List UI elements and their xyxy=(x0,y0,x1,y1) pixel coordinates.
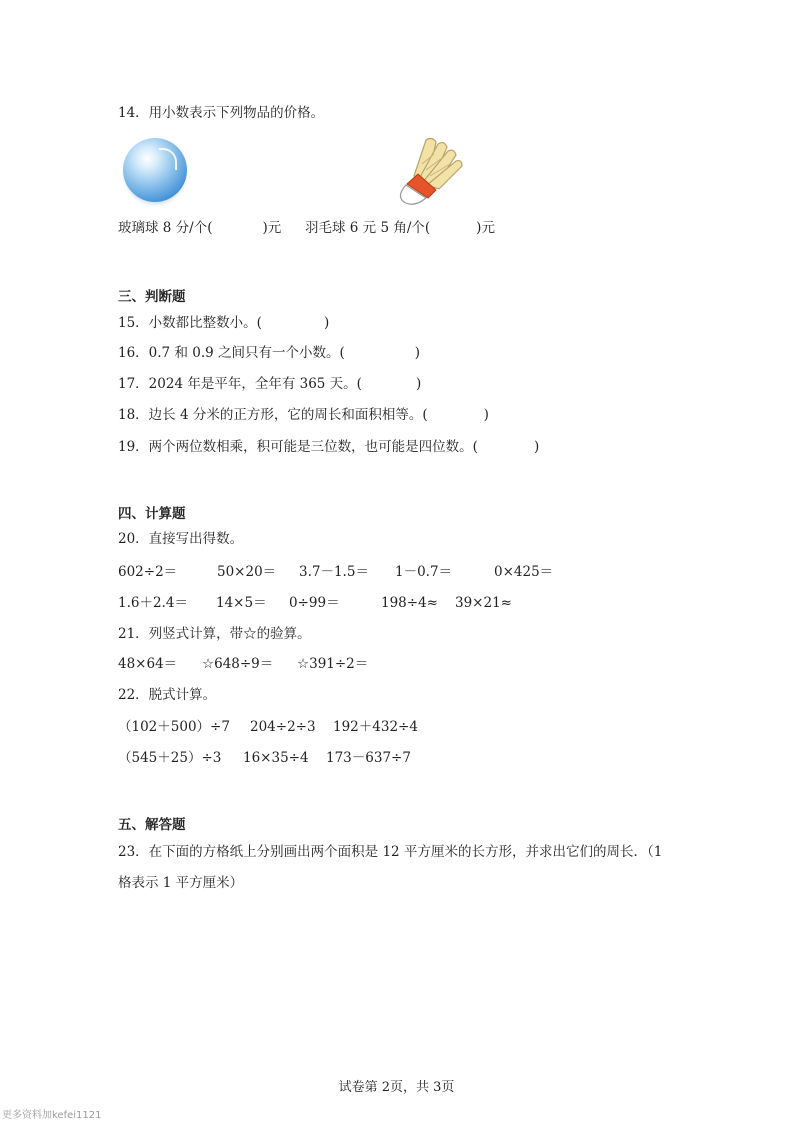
question-20-title: 20．直接写出得数。 xyxy=(118,530,243,548)
question-16: 16．0.7 和 0.9 之间只有一个小数。() xyxy=(118,344,420,362)
question-15-close: ) xyxy=(324,315,329,331)
question-18-close: ) xyxy=(484,407,489,423)
question-23-line1: 23．在下面的方格纸上分别画出两个面积是 12 平方厘米的长方形，并求出它们的周… xyxy=(118,843,662,861)
q20-item: 0×425＝ xyxy=(494,563,553,581)
question-17-close: ) xyxy=(416,376,421,392)
page-number-footer: 试卷第 2页，共 3页 xyxy=(0,1076,793,1095)
q22-item: 204÷2÷3 xyxy=(250,718,316,736)
q21-item: 48×64＝ xyxy=(118,655,177,673)
q22-item: 16×35÷4 xyxy=(243,749,309,767)
q22-item: （102＋500）÷7 xyxy=(118,718,230,736)
shuttlecock-price-label: 羽毛球 6 元 5 角/个( xyxy=(305,220,430,236)
question-22-title: 22．脱式计算。 xyxy=(118,686,216,704)
q20-item: 198÷4≈ xyxy=(381,594,438,612)
question-17-text: 17．2024 年是平年，全年有 365 天。( xyxy=(118,376,362,392)
section-5-heading: 五、解答题 xyxy=(118,816,186,834)
section-3-heading: 三、判断题 xyxy=(118,288,186,306)
watermark-text: 更多资料加kefei1121 xyxy=(2,1106,102,1121)
section-4-heading: 四、计算题 xyxy=(118,505,186,523)
q20-item: 602÷2＝ xyxy=(118,563,177,581)
question-16-text: 16．0.7 和 0.9 之间只有一个小数。( xyxy=(118,345,345,361)
marble-price-unit: )元 xyxy=(263,220,282,236)
question-16-close: ) xyxy=(415,345,420,361)
q20-item: 3.7－1.5＝ xyxy=(299,563,369,581)
question-15-text: 15．小数都比整数小。( xyxy=(118,315,262,331)
q20-item: 1.6＋2.4＝ xyxy=(118,594,188,612)
marble-price-label: 玻璃球 8 分/个( xyxy=(118,220,213,236)
q22-item: 192＋432÷4 xyxy=(333,718,418,736)
question-19-text: 19．两个两位数相乘，积可能是三位数，也可能是四位数。( xyxy=(118,439,478,455)
question-19: 19．两个两位数相乘，积可能是三位数，也可能是四位数。() xyxy=(118,438,539,456)
question-17: 17．2024 年是平年，全年有 365 天。() xyxy=(118,375,421,393)
q21-item: ☆648÷9＝ xyxy=(202,655,273,673)
q20-item: 50×20＝ xyxy=(217,563,276,581)
q20-item: 14×5＝ xyxy=(216,594,267,612)
question-18-text: 18．边长 4 分米的正方形，它的周长和面积相等。( xyxy=(118,407,428,423)
q20-item: 0÷99＝ xyxy=(289,594,340,612)
question-18: 18．边长 4 分米的正方形，它的周长和面积相等。() xyxy=(118,406,489,424)
q22-item: 173－637÷7 xyxy=(326,749,411,767)
shuttlecock-price-question: 羽毛球 6 元 5 角/个()元 xyxy=(305,219,495,237)
shuttlecock-price-unit: )元 xyxy=(476,220,495,236)
question-19-close: ) xyxy=(534,439,539,455)
question-15: 15．小数都比整数小。() xyxy=(118,314,329,332)
q20-item: 1－0.7＝ xyxy=(395,563,452,581)
marble-price-question: 玻璃球 8 分/个()元 xyxy=(118,219,281,237)
q21-item: ☆391÷2＝ xyxy=(297,655,368,673)
question-21-title: 21．列竖式计算，带☆的验算。 xyxy=(118,625,311,643)
question-14-title: 14．用小数表示下列物品的价格。 xyxy=(118,104,324,122)
q20-item: 39×21≈ xyxy=(455,594,512,612)
question-23-line2: 格表示 1 平方厘米） xyxy=(118,874,243,892)
shuttlecock-icon xyxy=(392,134,474,206)
glass-marble-icon xyxy=(123,138,187,202)
q22-item: （545＋25）÷3 xyxy=(118,749,221,767)
